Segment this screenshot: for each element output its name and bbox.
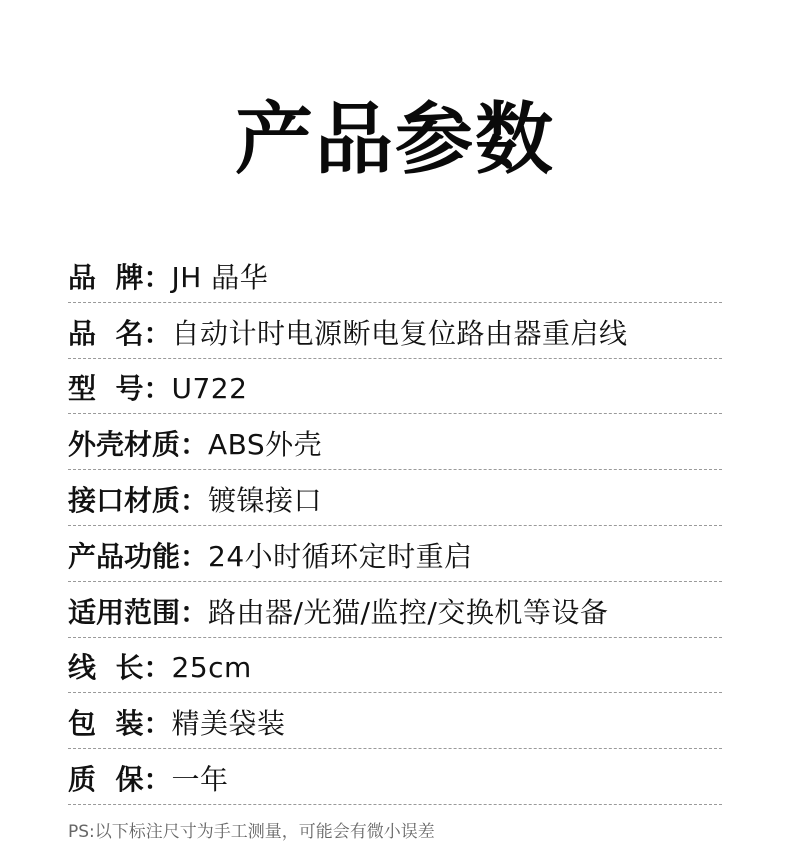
spec-row-shell-material: 外壳材质： ABS外壳 — [68, 414, 722, 470]
spec-value: 24小时循环定时重启 — [208, 540, 473, 574]
spec-label: 线 长： — [68, 651, 172, 685]
spec-row-model: 型 号： U722 — [68, 359, 722, 415]
spec-label: 外壳材质： — [68, 428, 208, 462]
spec-row-warranty: 质 保： 一年 — [68, 749, 722, 805]
spec-label: 包 装： — [68, 707, 172, 741]
spec-value: 精美袋装 — [172, 707, 286, 741]
spec-row-interface-material: 接口材质： 镀镍接口 — [68, 470, 722, 526]
spec-list: 品 牌： JH 晶华 品 名： 自动计时电源断电复位路由器重启线 型 号： U7… — [68, 247, 722, 805]
spec-row-product-name: 品 名： 自动计时电源断电复位路由器重启线 — [68, 303, 722, 359]
spec-value: 一年 — [172, 763, 229, 797]
spec-value: 25cm — [172, 651, 252, 685]
spec-label: 适用范围： — [68, 596, 208, 630]
spec-label: 产品功能： — [68, 540, 208, 574]
spec-label: 品 名： — [68, 317, 172, 351]
spec-value: 路由器/光猫/监控/交换机等设备 — [208, 596, 608, 630]
spec-label: 接口材质： — [68, 484, 208, 518]
spec-row-packaging: 包 装： 精美袋装 — [68, 693, 722, 749]
spec-value: 自动计时电源断电复位路由器重启线 — [172, 317, 628, 351]
spec-value: JH 晶华 — [172, 261, 269, 295]
page-title: 产品参数 — [0, 92, 790, 188]
spec-row-function: 产品功能： 24小时循环定时重启 — [68, 526, 722, 582]
spec-value: 镀镍接口 — [208, 484, 322, 518]
spec-row-cable-length: 线 长： 25cm — [68, 638, 722, 694]
spec-label: 质 保： — [68, 763, 172, 797]
spec-value: U722 — [172, 372, 248, 406]
spec-row-scope: 适用范围： 路由器/光猫/监控/交换机等设备 — [68, 582, 722, 638]
measurement-note: PS:以下标注尺寸为手工测量，可能会有微小误差 — [68, 820, 435, 844]
spec-label: 型 号： — [68, 372, 172, 406]
spec-label: 品 牌： — [68, 261, 172, 295]
spec-value: ABS外壳 — [208, 428, 322, 462]
spec-row-brand: 品 牌： JH 晶华 — [68, 247, 722, 303]
